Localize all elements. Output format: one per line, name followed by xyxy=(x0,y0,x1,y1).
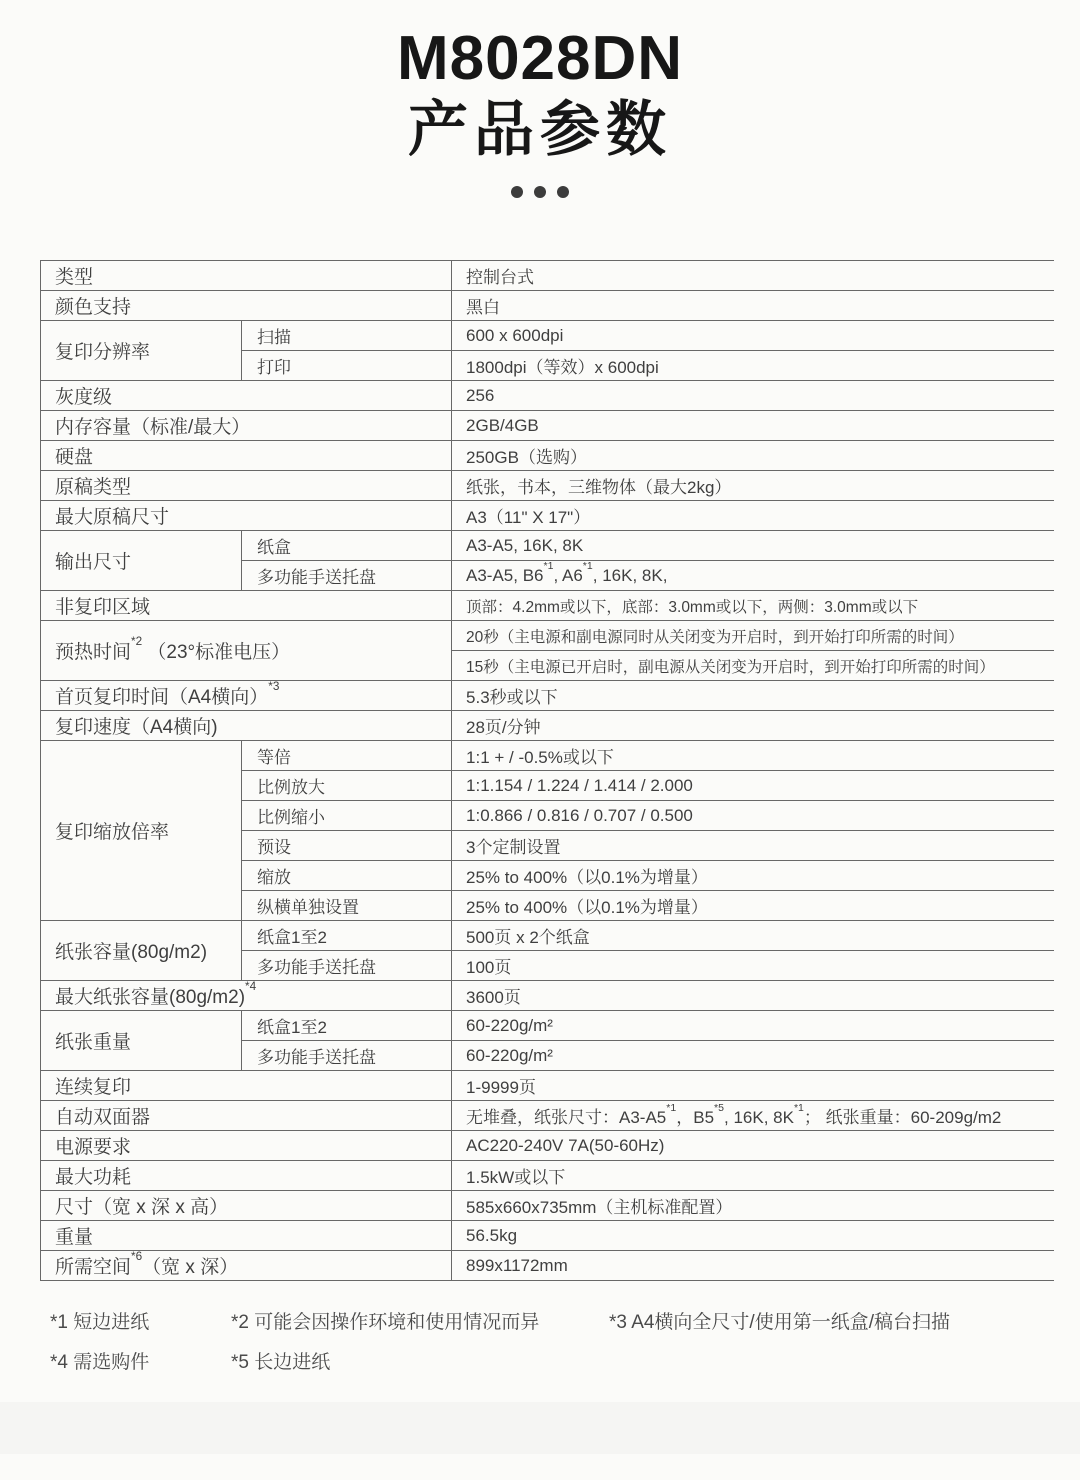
footnote: *1 短边进纸 xyxy=(50,1307,149,1334)
table-row: 电源要求AC220-240V 7A(50-60Hz) xyxy=(41,1131,1054,1161)
spec-sublabel-cell: 缩放 xyxy=(242,861,452,891)
spec-label-cell: 纸张重量 xyxy=(41,1011,242,1071)
table-row: 重量56.5kg xyxy=(41,1221,1054,1251)
spec-value-cell: 256 xyxy=(452,381,1054,411)
spec-value-cell: 20秒（主电源和副电源同时从关闭变为开启时，到开始打印所需的时间） xyxy=(452,621,1054,651)
spec-value-cell: 3个定制设置 xyxy=(452,831,1054,861)
spec-value-cell: 黑白 xyxy=(452,291,1054,321)
table-row: 预热时间*2 （23°标准电压）20秒（主电源和副电源同时从关闭变为开启时，到开… xyxy=(41,621,1054,651)
table-row: 灰度级256 xyxy=(41,381,1054,411)
spec-value-cell: 控制台式 xyxy=(452,261,1054,291)
background-artifact xyxy=(0,1402,1080,1454)
spec-label-cell: 最大功耗 xyxy=(41,1161,452,1191)
spec-value-cell: 1-9999页 xyxy=(452,1071,1054,1101)
table-row: 输出尺寸纸盒A3-A5, 16K, 8K xyxy=(41,531,1054,561)
spec-label-cell: 所需空间*6（宽 x 深） xyxy=(41,1251,452,1281)
spec-sublabel-cell: 扫描 xyxy=(242,321,452,351)
footnote-row: *1 短边进纸*2 可能会因操作环境和使用情况而异*3 A4横向全尺寸/使用第一… xyxy=(40,1307,1080,1333)
dot-icon xyxy=(557,186,569,198)
spec-sublabel-cell: 等倍 xyxy=(242,741,452,771)
spec-label-cell: 硬盘 xyxy=(41,441,452,471)
table-row: 最大原稿尺寸A3（11" X 17"） xyxy=(41,501,1054,531)
spec-value-cell: 纸张，书本，三维物体（最大2kg） xyxy=(452,471,1054,501)
spec-value-cell: 5.3秒或以下 xyxy=(452,681,1054,711)
spec-label-cell: 内存容量（标准/最大） xyxy=(41,411,452,441)
table-row: 纸张容量(80g/m2)纸盒1至2500页 x 2个纸盒 xyxy=(41,921,1054,951)
spec-value-cell: 100页 xyxy=(452,951,1054,981)
table-row: 最大功耗1.5kW或以下 xyxy=(41,1161,1054,1191)
spec-label-cell: 最大纸张容量(80g/m2)*4 xyxy=(41,981,452,1011)
table-row: 所需空间*6（宽 x 深）899x1172mm xyxy=(41,1251,1054,1281)
footnote: *4 需选购件 xyxy=(50,1347,149,1374)
spec-sublabel-cell: 打印 xyxy=(242,351,452,381)
spec-value-cell: 1.5kW或以下 xyxy=(452,1161,1054,1191)
spec-label-cell: 灰度级 xyxy=(41,381,452,411)
spec-label-cell: 尺寸（宽 x 深 x 高） xyxy=(41,1191,452,1221)
spec-value-cell: A3（11" X 17"） xyxy=(452,501,1054,531)
table-row: 复印缩放倍率等倍1:1 + / -0.5%或以下 xyxy=(41,741,1054,771)
spec-value-cell: 25% to 400%（以0.1%为增量） xyxy=(452,891,1054,921)
spec-label-cell: 纸张容量(80g/m2) xyxy=(41,921,242,981)
table-row: 类型控制台式 xyxy=(41,261,1054,291)
spec-value-cell: A3-A5, B6*1, A6*1, 16K, 8K, xyxy=(452,561,1054,591)
spec-value-cell: 585x660x735mm（主机标准配置） xyxy=(452,1191,1054,1221)
spec-label-cell: 原稿类型 xyxy=(41,471,452,501)
footnote: *3 A4横向全尺寸/使用第一纸盒/稿台扫描 xyxy=(609,1307,950,1334)
spec-sublabel-cell: 纸盒1至2 xyxy=(242,1011,452,1041)
spec-value-cell: 600 x 600dpi xyxy=(452,321,1054,351)
spec-label-cell: 复印缩放倍率 xyxy=(41,741,242,921)
footnote: *5 长边进纸 xyxy=(231,1347,330,1374)
spec-value-cell: AC220-240V 7A(50-60Hz) xyxy=(452,1131,1054,1161)
spec-label-cell: 复印速度（A4横向) xyxy=(41,711,452,741)
table-row: 复印速度（A4横向)28页/分钟 xyxy=(41,711,1054,741)
spec-label-cell: 预热时间*2 （23°标准电压） xyxy=(41,621,452,681)
spec-sublabel-cell: 多功能手送托盘 xyxy=(242,951,452,981)
spec-value-cell: 无堆叠，纸张尺寸：A3-A5*1，B5*5, 16K, 8K*1； 纸张重量：6… xyxy=(452,1101,1054,1131)
spec-sublabel-cell: 比例放大 xyxy=(242,771,452,801)
spec-value-cell: 500页 x 2个纸盒 xyxy=(452,921,1054,951)
spec-label-cell: 颜色支持 xyxy=(41,291,452,321)
spec-value-cell: 1:1 + / -0.5%或以下 xyxy=(452,741,1054,771)
table-row: 最大纸张容量(80g/m2)*43600页 xyxy=(41,981,1054,1011)
spec-value-cell: 899x1172mm xyxy=(452,1251,1054,1281)
spec-value-cell: 56.5kg xyxy=(452,1221,1054,1251)
table-row: 首页复印时间（A4横向）*35.3秒或以下 xyxy=(41,681,1054,711)
table-row: 非复印区域顶部：4.2mm或以下，底部：3.0mm或以下，两侧：3.0mm或以下 xyxy=(41,591,1054,621)
spec-value-cell: 15秒（主电源已开启时，副电源从关闭变为开启时，到开始打印所需的时间） xyxy=(452,651,1054,681)
spec-value-cell: A3-A5, 16K, 8K xyxy=(452,531,1054,561)
spec-value-cell: 3600页 xyxy=(452,981,1054,1011)
spec-value-cell: 60-220g/m² xyxy=(452,1011,1054,1041)
table-row: 尺寸（宽 x 深 x 高）585x660x735mm（主机标准配置） xyxy=(41,1191,1054,1221)
spec-value-cell: 60-220g/m² xyxy=(452,1041,1054,1071)
spec-sublabel-cell: 多功能手送托盘 xyxy=(242,1041,452,1071)
footnote: *2 可能会因操作环境和使用情况而异 xyxy=(231,1307,539,1334)
ellipsis-divider-icon xyxy=(0,186,1080,198)
spec-label-cell: 电源要求 xyxy=(41,1131,452,1161)
spec-value-cell: 25% to 400%（以0.1%为增量） xyxy=(452,861,1054,891)
spec-label-cell: 连续复印 xyxy=(41,1071,452,1101)
spec-sublabel-cell: 纸盒1至2 xyxy=(242,921,452,951)
table-row: 颜色支持黑白 xyxy=(41,291,1054,321)
spec-value-cell: 顶部：4.2mm或以下，底部：3.0mm或以下，两侧：3.0mm或以下 xyxy=(452,591,1054,621)
spec-sublabel-cell: 多功能手送托盘 xyxy=(242,561,452,591)
table-row: 硬盘250GB（选购） xyxy=(41,441,1054,471)
product-model-title: M8028DN xyxy=(0,28,1080,90)
spec-label-cell: 首页复印时间（A4横向）*3 xyxy=(41,681,452,711)
footnote-row: *4 需选购件*5 长边进纸 xyxy=(40,1347,1080,1373)
spec-label-cell: 复印分辨率 xyxy=(41,321,242,381)
table-row: 原稿类型纸张，书本，三维物体（最大2kg） xyxy=(41,471,1054,501)
table-row: 连续复印1-9999页 xyxy=(41,1071,1054,1101)
dot-icon xyxy=(534,186,546,198)
spec-table-body: 类型控制台式颜色支持黑白复印分辨率扫描600 x 600dpi打印1800dpi… xyxy=(41,261,1054,1281)
spec-label-cell: 自动双面器 xyxy=(41,1101,452,1131)
spec-label-cell: 输出尺寸 xyxy=(41,531,242,591)
table-row: 内存容量（标准/最大）2GB/4GB xyxy=(41,411,1054,441)
spec-sublabel-cell: 预设 xyxy=(242,831,452,861)
spec-label-cell: 类型 xyxy=(41,261,452,291)
spec-label-cell: 非复印区域 xyxy=(41,591,452,621)
product-spec-page: M8028DN 产品参数 类型控制台式颜色支持黑白复印分辨率扫描600 x 60… xyxy=(0,0,1080,1373)
dot-icon xyxy=(511,186,523,198)
spec-sublabel-cell: 纵横单独设置 xyxy=(242,891,452,921)
footnotes: *1 短边进纸*2 可能会因操作环境和使用情况而异*3 A4横向全尺寸/使用第一… xyxy=(40,1307,1080,1373)
spec-label-cell: 重量 xyxy=(41,1221,452,1251)
spec-value-cell: 1800dpi（等效）x 600dpi xyxy=(452,351,1054,381)
page-title: 产品参数 xyxy=(0,100,1080,160)
spec-value-cell: 2GB/4GB xyxy=(452,411,1054,441)
spec-value-cell: 1:1.154 / 1.224 / 1.414 / 2.000 xyxy=(452,771,1054,801)
table-row: 自动双面器无堆叠，纸张尺寸：A3-A5*1，B5*5, 16K, 8K*1； 纸… xyxy=(41,1101,1054,1131)
header: M8028DN 产品参数 xyxy=(0,0,1080,198)
spec-value-cell: 28页/分钟 xyxy=(452,711,1054,741)
spec-value-cell: 250GB（选购） xyxy=(452,441,1054,471)
spec-sublabel-cell: 比例缩小 xyxy=(242,801,452,831)
spec-table: 类型控制台式颜色支持黑白复印分辨率扫描600 x 600dpi打印1800dpi… xyxy=(40,260,1054,1281)
spec-value-cell: 1:0.866 / 0.816 / 0.707 / 0.500 xyxy=(452,801,1054,831)
spec-label-cell: 最大原稿尺寸 xyxy=(41,501,452,531)
table-row: 纸张重量纸盒1至260-220g/m² xyxy=(41,1011,1054,1041)
spec-sublabel-cell: 纸盒 xyxy=(242,531,452,561)
table-row: 复印分辨率扫描600 x 600dpi xyxy=(41,321,1054,351)
